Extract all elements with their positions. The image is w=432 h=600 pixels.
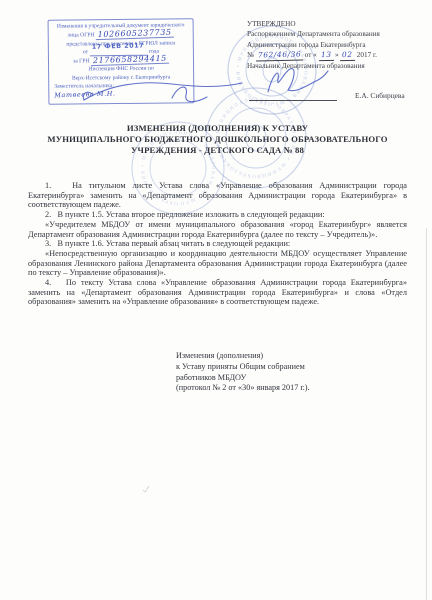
signer-name: Е.А. Сибирцева <box>355 91 405 101</box>
signature-line <box>249 100 337 101</box>
amendment-paragraph: 1. На титульном листе Устава слова «Упра… <box>28 181 407 210</box>
scanned-document-page: ОБРАЗОВАНИЯ • МУНИЦИПАЛЬНОЕ • ОБРАЗОВАНИ… <box>0 0 432 600</box>
ot-label: от « <box>305 51 317 59</box>
approval-line: Начальник Департамента образования <box>247 61 427 71</box>
date-stamp-imprint: 17 ФЕВ 2017 <box>91 41 143 51</box>
ogrn-label: лица ОГРН <box>67 33 94 39</box>
approval-block: УТВЕРЖДЕНО Распоряжением Департамента об… <box>247 19 427 71</box>
approval-line: Администрации города Екатеринбурга <box>247 40 427 50</box>
order-number-row: № 762/46/36 от « 13 » 02 2017 г. <box>247 50 427 61</box>
stamp-line: Матвеева М.Н. <box>51 90 191 101</box>
title-line-1: ИЗМЕНЕНИЯ (ДОПОЛНЕНИЯ) К УСТАВУ <box>28 123 407 134</box>
day-handwritten: 13 <box>318 50 333 62</box>
order-number-handwritten: 762/46/36 <box>256 49 304 61</box>
amendment-paragraph: «Непосредственную организацию и координа… <box>28 249 407 278</box>
scan-edge-shadow <box>426 228 427 600</box>
adoption-line: работников МБДОУ <box>176 373 376 384</box>
adoption-line: к Уставу приняты Общим собранием <box>176 362 376 373</box>
title-line-2: МУНИЦИПАЛЬНОГО БЮДЖЕТНОГО ДОШКОЛЬНОГО ОБ… <box>28 134 407 145</box>
adoption-line: (протокол № 2 от «30» января 2017 г.). <box>176 383 376 394</box>
year-label: 2017 г. <box>357 51 377 59</box>
title-line-3: УЧРЕЖДЕНИЯ - ДЕТСКОГО САДА № 88 <box>28 145 407 156</box>
adoption-line: Изменения (дополнения) <box>176 351 376 362</box>
pencil-mark-icon <box>141 484 151 494</box>
number-label: № <box>247 51 254 59</box>
grn-label: за ГРН <box>73 59 90 65</box>
deputy-name-handwritten: Матвеева М.Н. <box>54 90 115 100</box>
amendments-body: 1. На титульном листе Устава слова «Упра… <box>28 181 407 307</box>
close-quote: » <box>335 51 339 59</box>
amendment-paragraph: 3. В пункте 1.6. Устава первый абзац чит… <box>28 239 407 249</box>
date-prefix: от <box>83 49 88 55</box>
document-title: ИЗМЕНЕНИЯ (ДОПОЛНЕНИЯ) К УСТАВУ МУНИЦИПА… <box>28 123 407 156</box>
stamp-line: Верх-Исетскому району г. Екатеринбурга <box>51 73 191 83</box>
fns-registration-stamp: Изменения в учредительный документ юриди… <box>48 18 195 105</box>
amendment-paragraph: «Учредителем МБДОУ от имени муниципально… <box>28 220 407 239</box>
adoption-note: Изменения (дополнения) к Уставу приняты … <box>176 351 376 394</box>
signature-row: Е.А. Сибирцева <box>247 85 427 105</box>
month-handwritten: 02 <box>340 50 355 62</box>
amendment-paragraph: 4. По тексту Устава слова «Управление об… <box>28 278 407 307</box>
approval-line: Распоряжением Департамента образования <box>247 29 427 39</box>
amendment-paragraph: 2. В пункте 1.5. Устава второе предложен… <box>28 210 407 220</box>
approved-label: УТВЕРЖДЕНО <box>247 19 427 29</box>
